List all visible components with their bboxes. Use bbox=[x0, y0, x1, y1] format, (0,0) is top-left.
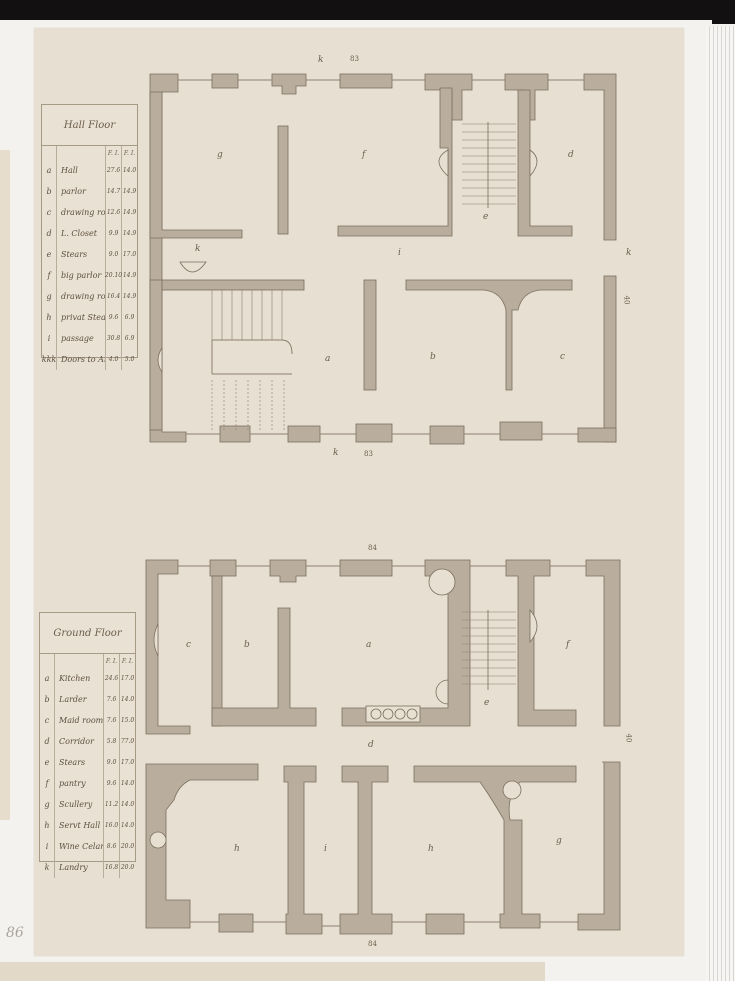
legend-row: kkkDoors to Area4.05.0 bbox=[42, 349, 137, 370]
ground-plan-label-h-right: h bbox=[428, 844, 434, 854]
hall-plan-label-i: i bbox=[398, 248, 401, 258]
ground-plan-label-i: i bbox=[324, 844, 327, 854]
hall-side-depth-dimension: 40 bbox=[622, 296, 630, 305]
ground-plan-label-c: c bbox=[186, 640, 191, 650]
legend-row: aHall27.614.0 bbox=[42, 160, 137, 181]
ground-floor-legend-header: F. I. F. I. bbox=[40, 654, 135, 668]
ground-plan-label-g: g bbox=[556, 836, 562, 846]
hall-plan-label-g: g bbox=[217, 150, 223, 160]
legend-row: fbig parlor20.1014.9 bbox=[42, 265, 137, 286]
hall-floor-legend-header: F. I. F. I. bbox=[42, 146, 137, 160]
legend-row: cdrawing room12.614.9 bbox=[42, 202, 137, 223]
legend-row: iWine Celar8.620.0 bbox=[40, 836, 135, 857]
hall-floor-legend-title: Hall Floor bbox=[42, 105, 137, 146]
ground-bottom-width-dimension: 84 bbox=[368, 940, 377, 948]
hall-plan-label-f: f bbox=[362, 150, 365, 160]
ground-plan-label-h-left: h bbox=[234, 844, 240, 854]
legend-row: gdrawing room16.414.9 bbox=[42, 286, 137, 307]
legend-row: hServt Hall16.014.0 bbox=[40, 815, 135, 836]
hall-bottom-width-dimension: 83 bbox=[364, 450, 373, 458]
hall-plan-label-b: b bbox=[430, 352, 436, 362]
ground-plan-label-a: a bbox=[366, 640, 371, 650]
hall-plan-label-k-left: k bbox=[195, 244, 200, 254]
legend-row: cMaid room7.615.0 bbox=[40, 710, 135, 731]
ground-floor-legend-title: Ground Floor bbox=[40, 613, 135, 654]
legend-row: eStears9.017.0 bbox=[42, 244, 137, 265]
legend-row: aKitchen24.617.0 bbox=[40, 668, 135, 689]
ground-side-depth-dimension: 40 bbox=[624, 734, 632, 743]
ground-plan-label-b: b bbox=[244, 640, 250, 650]
hall-top-width-dimension: 83 bbox=[350, 55, 359, 63]
hall-plan-label-c: c bbox=[560, 352, 565, 362]
ground-top-width-dimension: 84 bbox=[368, 544, 377, 552]
hall-plan-label-k-right: k bbox=[626, 248, 631, 258]
legend-row: kLandry16.820.0 bbox=[40, 857, 135, 878]
hall-plan-label-d: d bbox=[568, 150, 574, 160]
legend-row: fpantry9.614.0 bbox=[40, 773, 135, 794]
legend-row: ipassage30.86.9 bbox=[42, 328, 137, 349]
hall-plan-label-k-bottom: k bbox=[333, 448, 338, 458]
legend-row: eStears9.017.0 bbox=[40, 752, 135, 773]
legend-row: bLarder7.614.0 bbox=[40, 689, 135, 710]
hall-plan-label-a: a bbox=[325, 354, 330, 364]
ground-plan-label-e: e bbox=[484, 698, 489, 708]
legend-row: dCorridor5.877.0 bbox=[40, 731, 135, 752]
hall-plan-label-e: e bbox=[483, 212, 488, 222]
hall-plan-label-k-top: k bbox=[318, 55, 323, 65]
hall-floor-legend: Hall Floor F. I. F. I. aHall27.614.0 bpa… bbox=[41, 104, 138, 358]
legend-row: hprivat Stears9.66.9 bbox=[42, 307, 137, 328]
ground-plan-label-d: d bbox=[368, 740, 374, 750]
legend-row: bparlor14.714.9 bbox=[42, 181, 137, 202]
ground-floor-legend: Ground Floor F. I. F. I. aKitchen24.617.… bbox=[39, 612, 136, 862]
legend-row: gScullery11.214.0 bbox=[40, 794, 135, 815]
ground-plan-label-f: f bbox=[566, 640, 569, 650]
legend-row: dL. Closet9.914.9 bbox=[42, 223, 137, 244]
